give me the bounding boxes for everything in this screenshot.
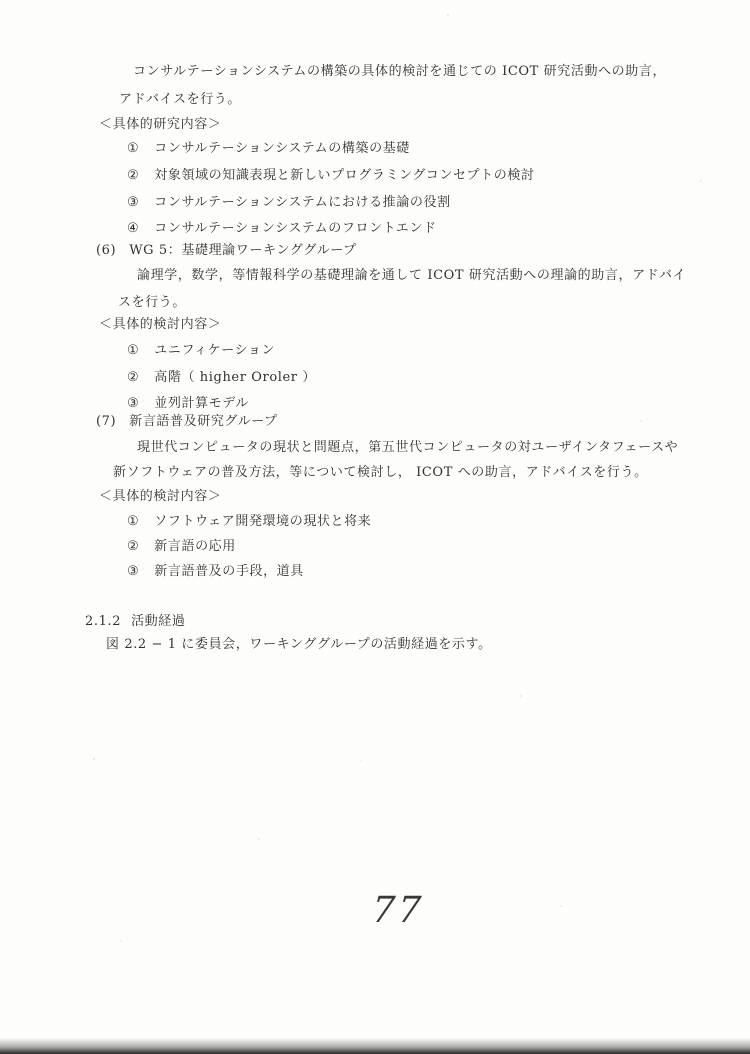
list-item: ③新言語普及の手段，道具 <box>127 564 304 580</box>
list-item: ③コンサルテーションシステムにおける推論の役割 <box>127 195 451 211</box>
paragraph-line: スを行う。 <box>118 295 186 311</box>
section-heading: 2.1.2活動経過 <box>85 614 185 630</box>
page-number: 77 <box>371 890 426 931</box>
detail-header: ＜具体的検討内容＞ <box>99 489 221 505</box>
item-marker: ② <box>127 370 139 386</box>
list-item: ①ユニフィケーション <box>127 343 275 359</box>
list-item: ②高階（ higher Oroler ） <box>127 370 316 386</box>
paragraph-line: 論理学，数学，等情報科学の基礎理論を通して ICOT 研究活動への理論的助言，ア… <box>137 268 686 284</box>
list-item: ②対象領域の知識表現と新しいプログラミングコンセプトの検討 <box>127 168 535 184</box>
item-marker: ① <box>127 343 139 359</box>
item-text: 並列計算モデル <box>154 396 249 411</box>
item-marker: ② <box>127 168 139 184</box>
section-number: (6) <box>96 243 116 259</box>
section-heading: (6)WG 5：基礎理論ワーキンググループ <box>96 243 357 259</box>
section-number: 2.1.2 <box>85 614 121 630</box>
list-item: ①ソフトウェア開発環境の現状と将来 <box>127 514 371 530</box>
item-text: コンサルテーションシステムの構築の基礎 <box>154 141 410 156</box>
item-marker: ④ <box>127 221 139 237</box>
item-text: 新言語普及の手段，道具 <box>154 564 304 579</box>
item-text: 高階（ higher Oroler ） <box>154 370 316 385</box>
detail-header: ＜具体的研究内容＞ <box>99 117 221 133</box>
scan-edge-shadow <box>0 1038 750 1054</box>
figure-reference: 図 2.2 − 1 に委員会，ワーキンググループの活動経過を示す。 <box>106 637 492 653</box>
detail-header: ＜具体的検討内容＞ <box>99 317 221 333</box>
paragraph-line: アドバイスを行う。 <box>119 92 241 108</box>
item-marker: ③ <box>127 396 139 412</box>
paragraph-line: 新ソフトウェアの普及方法，等について検討し， ICOT への助言，アドバイスを行… <box>113 465 648 481</box>
item-marker: ③ <box>127 195 139 211</box>
item-text: コンサルテーションシステムにおける推論の役割 <box>154 195 450 210</box>
section-number: (7) <box>96 414 116 430</box>
list-item: ④コンサルテーションシステムのフロントエンド <box>127 221 437 237</box>
item-marker: ③ <box>127 564 139 580</box>
paragraph-line: 現世代コンピュータの現状と問題点，第五世代コンピュータの対ユーザインタフェースや <box>137 440 678 456</box>
item-text: 新言語の応用 <box>154 539 236 554</box>
document-page: コンサルテーションシステムの構築の具体的検討を通じての ICOT 研究活動への助… <box>0 0 750 1054</box>
list-item: ②新言語の応用 <box>127 539 236 555</box>
list-item: ③並列計算モデル <box>127 396 249 412</box>
section-title: 活動経過 <box>131 614 185 629</box>
section-heading: (7)新言語普及研究グループ <box>96 414 278 430</box>
section-title: WG 5：基礎理論ワーキンググループ <box>129 243 357 258</box>
item-text: コンサルテーションシステムのフロントエンド <box>154 221 436 236</box>
item-text: ソフトウェア開発環境の現状と将来 <box>154 514 371 529</box>
list-item: ①コンサルテーションシステムの構築の基礎 <box>127 141 410 157</box>
paragraph-line: コンサルテーションシステムの構築の具体的検討を通じての ICOT 研究活動への助… <box>133 64 666 80</box>
scan-speckles <box>0 0 2 2</box>
section-title: 新言語普及研究グループ <box>129 414 278 429</box>
item-marker: ① <box>127 514 139 530</box>
item-marker: ② <box>127 539 139 555</box>
item-text: ユニフィケーション <box>154 343 275 358</box>
item-text: 対象領域の知識表現と新しいプログラミングコンセプトの検討 <box>154 168 534 183</box>
item-marker: ① <box>127 141 139 157</box>
